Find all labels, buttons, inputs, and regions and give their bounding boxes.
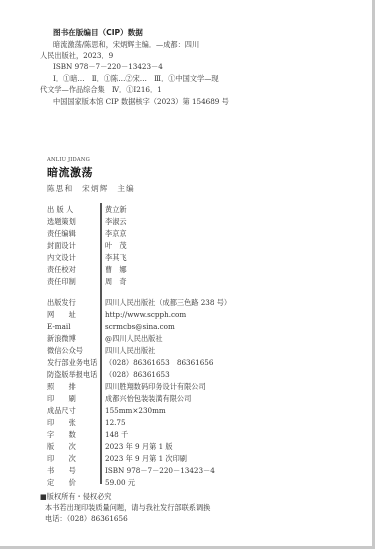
book-title-pinyin: ANLIU JIDANG xyxy=(47,157,90,163)
publishing-value: （028）86361653 xyxy=(105,370,170,380)
cip-line-1: 暗流激荡/陈思和，宋炳辉主编．—成都：四川 xyxy=(53,39,199,50)
publishing-value: 2023 年 9 月第 1 版 xyxy=(105,442,173,452)
publishing-label: 微信公众号 xyxy=(47,346,99,356)
publishing-label: 书 号 xyxy=(47,466,99,476)
email-link[interactable]: scrmcbs@sina.com xyxy=(105,322,175,331)
publishing-label: 发行部业务电话 xyxy=(47,358,99,368)
publishing-value: 2023 年 9 月第 1 次印刷 xyxy=(105,454,187,464)
publishing-label: 网 址 xyxy=(47,310,99,320)
publishing-value: 四川人民出版社（成都三色路 238 号） xyxy=(105,298,231,308)
credit-label: 封面设计 xyxy=(47,241,99,251)
cip-heading: 图书在版编目（CIP）数据 xyxy=(53,27,143,38)
publishing-label: 防盗版举报电话 xyxy=(47,370,99,380)
publishing-value: 四川胜翔数码印务设计有限公司 xyxy=(105,382,206,392)
cip-line-5: 代文学—作品综合集 Ⅳ．①I216．1 xyxy=(40,84,162,95)
credit-value: 李其飞 xyxy=(105,253,127,263)
publishing-value: 155mm×230mm xyxy=(105,406,166,415)
vertical-divider xyxy=(100,203,102,484)
book-editors: 陈思和 宋炳辉 主编 xyxy=(47,183,135,194)
publishing-label: 印 张 xyxy=(47,418,99,428)
website-link[interactable]: http://www.scpph.com xyxy=(105,310,186,319)
cip-line-2: 人民出版社，2023．9 xyxy=(40,50,113,61)
cip-line-6: 中国国家版本馆 CIP 数据核字（2023）第 154689 号 xyxy=(53,96,229,107)
quality-notice: 本书若出现印装质量问题，请与我社发行部联系调换 xyxy=(45,503,210,513)
publishing-value: 59.00 元 xyxy=(105,478,135,488)
publishing-label: 照 排 xyxy=(47,382,99,392)
credit-value: 周 奇 xyxy=(105,277,127,287)
book-title: 暗流激荡 xyxy=(47,164,93,180)
publishing-label: 定 价 xyxy=(47,478,99,488)
publishing-value: 四川人民出版社 xyxy=(105,346,155,356)
credit-label: 责任编辑 xyxy=(47,229,99,239)
credit-label: 选题策划 xyxy=(47,217,99,227)
publishing-value: 成都兴怡包装装潢有限公司 xyxy=(105,394,191,404)
cip-line-3: ISBN 978－7－220－13423－4 xyxy=(53,61,163,72)
publishing-label: 新浪微博 xyxy=(47,334,99,344)
publishing-label: 印 刷 xyxy=(47,394,99,404)
publishing-value: @四川人民出版社 xyxy=(105,334,163,344)
credit-label: 出 版 人 xyxy=(47,205,99,215)
publishing-label: 字 数 xyxy=(47,430,99,440)
contact-phone: 电话：（028）86361656 xyxy=(45,514,128,524)
publishing-label: 成品尺寸 xyxy=(47,406,99,416)
publishing-label: 印 次 xyxy=(47,454,99,464)
publishing-value: 148 千 xyxy=(105,430,128,440)
credit-value: 黄立新 xyxy=(105,205,127,215)
copyright-notice: ■版权所有・侵权必究 xyxy=(40,492,111,502)
publishing-label: 版 次 xyxy=(47,442,99,452)
publishing-value: （028）86361653 86361656 xyxy=(105,358,213,368)
publishing-label: E-mail xyxy=(47,322,99,331)
cip-line-4: Ⅰ．①暗… Ⅱ．①陈…②宋… Ⅲ．①中国文学—现 xyxy=(53,73,219,84)
credit-label: 责任校对 xyxy=(47,265,99,275)
credit-value: 李京京 xyxy=(105,229,127,239)
credit-value: 叶 茂 xyxy=(105,241,127,251)
credit-value: 李淑云 xyxy=(105,217,127,227)
publishing-label: 出版发行 xyxy=(47,298,99,308)
credit-value: 曹 娜 xyxy=(105,265,127,275)
credit-label: 内文设计 xyxy=(47,253,99,263)
credit-label: 责任印制 xyxy=(47,277,99,287)
publishing-value: 12.75 xyxy=(105,418,126,427)
publishing-value: ISBN 978－7－220－13423－4 xyxy=(105,466,215,476)
